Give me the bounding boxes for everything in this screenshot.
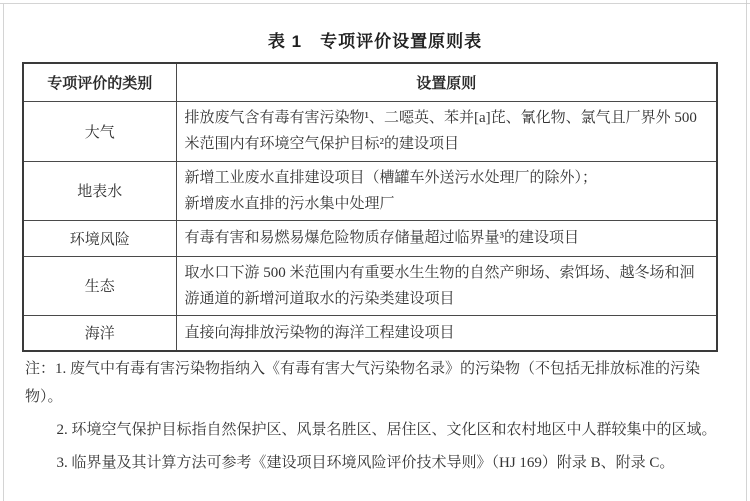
- principle-line: 有毒有害和易燃易爆危险物质存储量超过临界量³的建设项目: [185, 225, 707, 251]
- row-category: 地表水: [23, 161, 176, 220]
- table-row-atmosphere: 大气 排放废气含有毒有害污染物¹、二噁英、苯并[a]芘、氰化物、氯气且厂界外 5…: [23, 101, 717, 161]
- note-item-3: 3. 临界量及其计算方法可参考《建设项目环境风险评价技术导则》（HJ 169）附…: [25, 449, 725, 477]
- row-category: 环境风险: [23, 220, 176, 256]
- row-principle: 有毒有害和易燃易爆危险物质存储量超过临界量³的建设项目: [176, 220, 717, 256]
- principle-line: 直接向海排放污染物的海洋工程建设项目: [185, 320, 707, 346]
- page-edge-line-top: [0, 3, 750, 4]
- table-row-ecology: 生态 取水口下游 500 米范围内有重要水生生物的自然产卵场、索饵场、越冬场和洄…: [23, 256, 717, 315]
- row-principle: 排放废气含有毒有害污染物¹、二噁英、苯并[a]芘、氰化物、氯气且厂界外 500 …: [176, 101, 717, 161]
- col-header-principle: 设置原则: [176, 63, 717, 101]
- table-header-row: 专项评价的类别 设置原则: [23, 63, 717, 101]
- principle-line: 新增废水直排的污水集中处理厂: [185, 191, 707, 217]
- row-category: 大气: [23, 101, 176, 161]
- row-principle: 取水口下游 500 米范围内有重要水生生物的自然产卵场、索饵场、越冬场和洄游通道…: [176, 256, 717, 315]
- table-row-surface-water: 地表水 新增工业废水直排建设项目（槽罐车外送污水处理厂的除外）； 新增废水直排的…: [23, 161, 717, 220]
- notes: 注：1. 废气中有毒有害污染物指纳入《有毒有害大气污染物名录》的污染物（不包括无…: [25, 355, 725, 482]
- note-item-1: 注：1. 废气中有毒有害污染物指纳入《有毒有害大气污染物名录》的污染物（不包括无…: [25, 355, 725, 411]
- table-row-ocean: 海洋 直接向海排放污染物的海洋工程建设项目: [23, 315, 717, 351]
- page-edge-line-left: [3, 4, 4, 501]
- principles-table: 专项评价的类别 设置原则 大气 排放废气含有毒有害污染物¹、二噁英、苯并[a]芘…: [22, 62, 718, 352]
- page-edge-line-right: [746, 0, 747, 501]
- principle-line: 排放废气含有毒有害污染物¹、二噁英、苯并[a]芘、氰化物、氯气且厂界外 500 …: [185, 105, 707, 157]
- row-principle: 直接向海排放污染物的海洋工程建设项目: [176, 315, 717, 351]
- principle-line: 新增工业废水直排建设项目（槽罐车外送污水处理厂的除外）；: [185, 165, 707, 191]
- col-header-category: 专项评价的类别: [23, 63, 176, 101]
- table-row-environmental-risk: 环境风险 有毒有害和易燃易爆危险物质存储量超过临界量³的建设项目: [23, 220, 717, 256]
- document-page: { "page": { "title": "表 1 专项评价设置原则表" }, …: [0, 0, 750, 501]
- principle-line: 取水口下游 500 米范围内有重要水生生物的自然产卵场、索饵场、越冬场和洄游通道…: [185, 260, 707, 312]
- note-item-2: 2. 环境空气保护目标指自然保护区、风景名胜区、居住区、文化区和农村地区中人群较…: [25, 416, 725, 444]
- row-category: 生态: [23, 256, 176, 315]
- row-category: 海洋: [23, 315, 176, 351]
- row-principle: 新增工业废水直排建设项目（槽罐车外送污水处理厂的除外）； 新增废水直排的污水集中…: [176, 161, 717, 220]
- table-title: 表 1 专项评价设置原则表: [0, 27, 750, 52]
